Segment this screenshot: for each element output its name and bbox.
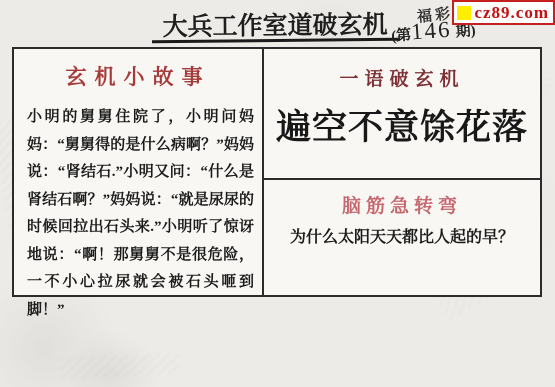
riddle-question: 为什么太阳天天都比人起的早？	[264, 224, 540, 247]
scanned-lottery-sheet: { "header": { "title": "大兵工作室道破玄机", "iss…	[0, 0, 555, 387]
right-column: 一语破玄机 遍空不意馀花落 脑筋急转弯 为什么太阳天天都比人起的早？	[264, 49, 540, 295]
mystery-panel-title: 一语破玄机	[264, 64, 540, 91]
watermark-yellow-square-icon	[457, 6, 471, 20]
issue-close-paren: 期)	[455, 23, 476, 40]
mystery-panel: 一语破玄机 遍空不意馀花落	[264, 49, 540, 180]
story-panel-title: 玄机小故事	[14, 61, 262, 91]
content-table: 玄机小故事 小明的舅舅住院了，小明问妈妈：“舅舅得的是什么病啊？”妈妈说：“肾结…	[12, 47, 542, 297]
riddle-panel-title: 脑筋急转弯	[264, 191, 540, 218]
site-watermark: cz89.com	[452, 0, 555, 25]
issue-open-paren: (第	[391, 27, 412, 44]
issue-number: 146	[410, 17, 452, 45]
story-panel: 玄机小故事 小明的舅舅住院了，小明问妈妈：“舅舅得的是什么病啊？”妈妈说：“肾结…	[14, 49, 264, 295]
watermark-site-text: cz89.com	[474, 3, 549, 23]
riddle-panel: 脑筋急转弯 为什么太阳天天都比人起的早？	[264, 180, 540, 295]
scan-smudge	[60, 352, 181, 380]
story-text: 小明的舅舅住院了，小明问妈妈：“舅舅得的是什么病啊？”妈妈说：“肾结石.”小明又…	[27, 104, 254, 324]
mystery-phrase: 遍空不意馀花落	[264, 100, 540, 150]
